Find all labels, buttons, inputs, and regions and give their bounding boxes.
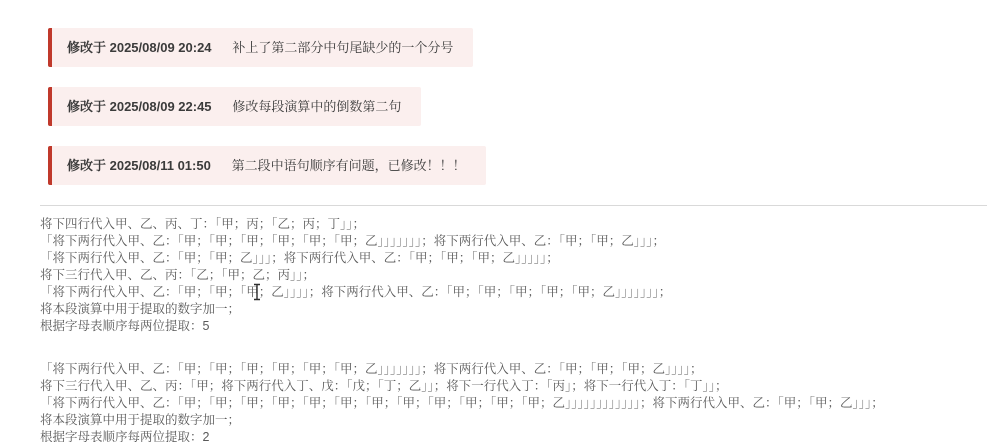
puzzle-line: 「将下两行代入甲、乙：「甲；「甲；「甲；「甲；「甲；「甲；乙」」」」」」」；将下… bbox=[40, 233, 993, 250]
puzzle-line: 「将下两行代入甲、乙：「甲；「甲；「甲；「甲；「甲；「甲；乙」」」」」」」；将下… bbox=[40, 361, 993, 378]
revision-description: 补上了第二部分中句尾缺少的一个分号 bbox=[232, 40, 453, 55]
puzzle-paragraph: 将下四行代入甲、乙、丙、丁：「甲；丙；「乙；丙；丁」」；「将下两行代入甲、乙：「… bbox=[40, 216, 993, 335]
revision-description: 第二段中语句顺序有问题，已修改！！！ bbox=[232, 158, 466, 173]
puzzle-paragraph: 「将下两行代入甲、乙：「甲；「甲；「甲；「甲；「甲；「甲；乙」」」」」」」；将下… bbox=[40, 361, 993, 442]
revision-notes: 修改于 2025/08/09 20:24补上了第二部分中句尾缺少的一个分号修改于… bbox=[0, 0, 993, 185]
revision-description: 修改每段演算中的倒数第二句 bbox=[232, 99, 401, 114]
section-divider bbox=[40, 205, 987, 206]
puzzle-line: 「将下两行代入甲、乙：「甲；「甲；「甲；乙」」」」；将下两行代入甲、乙：「甲；「… bbox=[40, 284, 993, 301]
revision-date: 修改于 2025/08/09 22:45 bbox=[67, 99, 212, 114]
document-page: 修改于 2025/08/09 20:24补上了第二部分中句尾缺少的一个分号修改于… bbox=[0, 0, 993, 442]
revision-note: 修改于 2025/08/11 01:50第二段中语句顺序有问题，已修改！！！ bbox=[48, 146, 486, 185]
puzzle-text: 将下四行代入甲、乙、丙、丁：「甲；丙；「乙；丙；丁」」；「将下两行代入甲、乙：「… bbox=[0, 216, 993, 442]
puzzle-line: 根据字母表顺序每两位提取：2 bbox=[40, 429, 993, 442]
puzzle-line: 将下三行代入甲、乙、丙：「甲；将下两行代入丁、戊：「戊；「丁；乙」」；将下一行代… bbox=[40, 378, 993, 395]
revision-note: 修改于 2025/08/09 20:24补上了第二部分中句尾缺少的一个分号 bbox=[48, 28, 473, 67]
revision-note: 修改于 2025/08/09 22:45修改每段演算中的倒数第二句 bbox=[48, 87, 421, 126]
puzzle-line: 将下三行代入甲、乙、丙：「乙；「甲；乙；丙」」； bbox=[40, 267, 993, 284]
puzzle-line: 将下四行代入甲、乙、丙、丁：「甲；丙；「乙；丙；丁」」； bbox=[40, 216, 993, 233]
revision-date: 修改于 2025/08/09 20:24 bbox=[67, 40, 212, 55]
puzzle-line: 将本段演算中用于提取的数字加一； bbox=[40, 301, 993, 318]
puzzle-line: 根据字母表顺序每两位提取：5 bbox=[40, 318, 993, 335]
revision-date: 修改于 2025/08/11 01:50 bbox=[67, 158, 211, 173]
puzzle-line: 「将下两行代入甲、乙：「甲；「甲；「甲；「甲；「甲；「甲；「甲；「甲；「甲；「甲… bbox=[40, 395, 993, 412]
puzzle-line: 将本段演算中用于提取的数字加一； bbox=[40, 412, 993, 429]
puzzle-line: 「将下两行代入甲、乙：「甲；「甲；乙」」」；将下两行代入甲、乙：「甲；「甲；「甲… bbox=[40, 250, 993, 267]
